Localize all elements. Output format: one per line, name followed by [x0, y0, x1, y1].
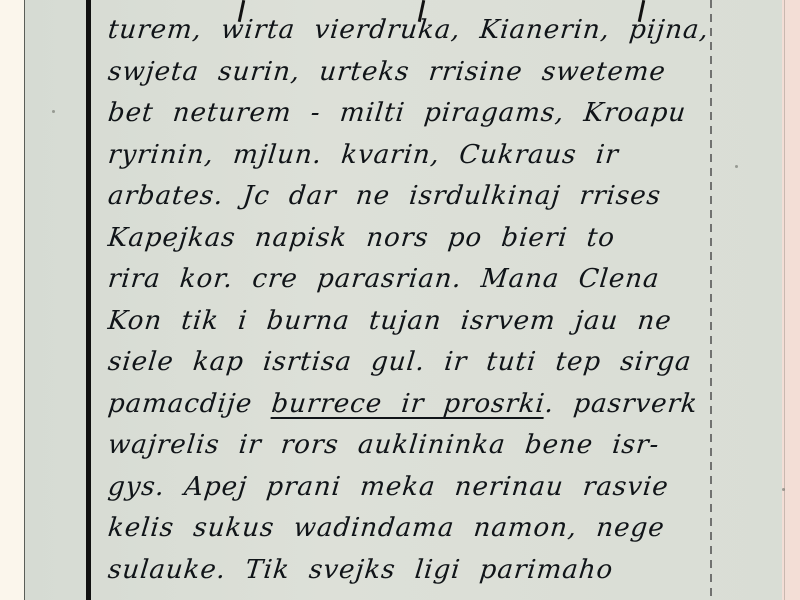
- text-line: turem, wirta vierdruka, Kianerin, pijna,: [106, 10, 720, 52]
- underlined-phrase: burrece ir prosrki: [270, 391, 546, 419]
- text-line: bet neturem - milti piragams, Kroapu: [106, 93, 720, 135]
- text-line: arbates. Jc dar ne isrdulkinaj rrises: [106, 176, 720, 218]
- left-margin-rule: [86, 0, 91, 600]
- text-line: gys. Apej prani meka nerinau rasvie: [106, 467, 720, 509]
- text-line: rira kor. cre parasrian. Mana Clena: [106, 259, 720, 301]
- handwritten-text: turem, wirta vierdruka, Kianerin, pijna,…: [108, 10, 718, 591]
- outer-paper-left: [0, 0, 24, 600]
- text-line: kelis sukus wadindama namon, nege: [106, 508, 720, 550]
- paper-speck: [52, 110, 55, 113]
- paper-speck: [735, 165, 738, 168]
- page-edge: [784, 0, 785, 600]
- line-end: . pasrverk: [543, 389, 699, 419]
- paper-speck: [782, 488, 785, 491]
- text-line: siele kap isrtisa gul. ir tuti tep sirga: [106, 342, 720, 384]
- text-line: swjeta surin, urteks rrisine sweteme: [106, 52, 720, 94]
- line-start: pamacdije: [107, 389, 254, 419]
- text-line: Kon tik i burna tujan isrvem jau ne: [106, 301, 720, 343]
- text-line: Kapejkas napisk nors po bieri to: [106, 218, 720, 260]
- text-line: pamacdije burrece ir prosrki. pasrverk: [106, 384, 720, 426]
- text-line: wajrelis ir rors auklininka bene isr-: [106, 425, 720, 467]
- text-line: ryrinin, mjlun. kvarin, Cukraus ir: [106, 135, 720, 177]
- text-line: sulauke. Tik svejks ligi parimaho: [106, 550, 720, 592]
